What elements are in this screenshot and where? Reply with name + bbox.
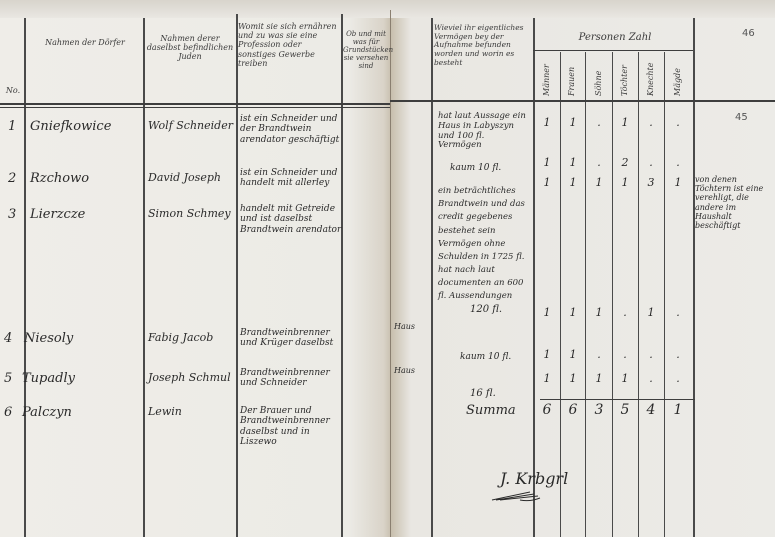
row-5-count-maids: . [666,372,690,385]
summa-menservants: 4 [639,402,663,418]
row-5-count-men: 1 [535,372,559,385]
row-5-village: Tupadly [22,372,75,387]
row-2-assets: kaum 10 fl. [450,163,530,173]
row-4-count-maids: . [666,348,690,361]
row-4-land: Haus [394,322,415,331]
persons-group-rule [533,50,693,51]
row-4-count-women: 1 [561,348,585,361]
header-rule-right [390,100,775,102]
row-3-no: 3 [8,208,16,223]
row-4-name: Fabig Jacob [148,332,213,345]
row-3b-count-sons: 1 [587,306,611,319]
row-3-count-sons: 1 [587,176,611,189]
header-daughters: Töchter [620,65,629,96]
row-2-no: 2 [8,172,16,187]
row-6-name: Lewin [148,406,182,419]
header-names: Nahmen derer daselbst befindlichen Juden [146,34,234,62]
row-2-count-maids: . [666,156,690,169]
row-5-count-sons: 1 [587,372,611,385]
row-2-name: David Joseph [148,172,221,185]
header-servants-male: Knechte [646,63,655,96]
row-4-no: 4 [4,332,12,347]
header-persons-count: Personen Zahl [540,32,690,44]
header-men: Männer [542,64,551,96]
rule-no [24,18,26,537]
row-4-occupation: Brandtweinbrenner und Krüger daselbst [240,328,345,349]
rule-count-2 [585,52,586,537]
row-2-village: Rzchowo [30,172,89,187]
row-1-no: 1 [8,120,16,135]
page-number-top: 46 [742,28,755,39]
row-5-count-daughters: 1 [613,372,637,385]
row-3-name: Simon Schmey [148,208,231,221]
row-6-no: 6 [4,406,12,421]
row-2-count-men: 1 [535,156,559,169]
rule-name [236,14,238,537]
row-4-count-sons: . [587,348,611,361]
row-5-name: Joseph Schmul [148,372,231,385]
row-5-occupation: Brandtweinbrenner und Schneider [240,368,345,389]
header-rule-left [0,103,390,105]
summa-men: 6 [535,402,559,418]
row-3b-count-menservants: 1 [639,306,663,319]
header-women: Frauen [567,67,576,96]
page-number-lower: 45 [735,112,748,123]
row-3-remark: von denen Töchtern ist eine verehligt, d… [695,175,773,230]
header-assets: Wieviel ihr eigentliches Vermögen bey de… [434,24,531,67]
row-3b-assets: 120 fl. [470,304,530,316]
summa-rule [540,399,695,400]
row-4-assets: kaum 10 fl. [460,352,530,362]
row-6-occupation: Der Brauer und Brandtweinbrenner daselbs… [240,406,345,447]
signature-flourish-icon [490,488,550,502]
rule-count-5 [664,52,665,537]
row-2-count-sons: . [587,156,611,169]
row-1-count-women: 1 [561,116,585,129]
rule-remarks [693,18,695,537]
row-5-count-women: 1 [561,372,585,385]
row-1-village: Gniefkowice [30,120,111,135]
row-1-count-sons: . [587,116,611,129]
page-top-shadow [0,0,775,18]
row-1-count-maids: . [666,116,690,129]
row-3b-count-women: 1 [561,306,585,319]
gutter-fold [390,10,391,537]
row-3-count-menservants: 3 [639,176,663,189]
header-occupation: Womit sie sich ernähren und zu was sie e… [238,22,338,68]
signature: J. Krbgrl [500,470,568,488]
summa-women: 6 [561,402,585,418]
row-2-count-menservants: . [639,156,663,169]
header-rule-left-double [0,107,390,108]
ledger-spread: 46 45 No. Nahmen der Dörfer Nahmen derer… [0,0,775,537]
row-4-village: Niesoly [24,332,73,347]
rule-assets-left [431,18,433,537]
row-1-count-menservants: . [639,116,663,129]
row-3-count-men: 1 [535,176,559,189]
row-5-land: Haus [394,366,415,375]
row-3-count-maids: 1 [666,176,690,189]
row-2-occupation: ist ein Schneider und handelt mit allerl… [240,168,345,189]
header-villages: Nahmen der Dörfer [40,38,130,47]
rule-occupation [341,14,343,537]
row-3b-count-men: 1 [535,306,559,319]
row-6-village: Palczyn [22,406,72,421]
header-servants-female: Mägde [673,68,682,96]
row-3-village: Lierzcze [30,208,85,223]
header-no: No. [3,86,23,95]
row-5-no: 5 [4,372,12,387]
row-1-count-daughters: 1 [613,116,637,129]
row-1-count-men: 1 [535,116,559,129]
row-3-count-daughters: 1 [613,176,637,189]
row-1-occupation: ist ein Schneider und der Brandtwein are… [240,114,345,145]
summa-sons: 3 [587,402,611,418]
row-1-assets: hat laut Aussage ein Haus in Labyszyn un… [438,112,530,151]
row-3b-count-maids: . [666,306,690,319]
row-3b-count-daughters: . [613,306,637,319]
row-4-count-men: 1 [535,348,559,361]
rule-assets-right [533,18,535,537]
row-3-count-women: 1 [561,176,585,189]
row-2-count-daughters: 2 [613,156,637,169]
header-land: Ob und mit was für Grundstücken sie vers… [343,30,389,70]
summa-maids: 1 [666,402,690,418]
row-3-occupation: handelt mit Getreide und ist daselbst Br… [240,204,345,235]
row-5-count-menservants: . [639,372,663,385]
row-1-name: Wolf Schneider [148,120,233,133]
row-4-count-menservants: . [639,348,663,361]
row-6-assets: 16 fl. [470,388,530,400]
row-4-count-daughters: . [613,348,637,361]
header-sons: Söhne [594,71,603,96]
row-3-assets: ein beträchtliches Brandtwein und das cr… [438,185,530,304]
summa-label: Summa [466,404,516,419]
summa-daughters: 5 [613,402,637,418]
rule-village [143,18,145,537]
row-2-count-women: 1 [561,156,585,169]
